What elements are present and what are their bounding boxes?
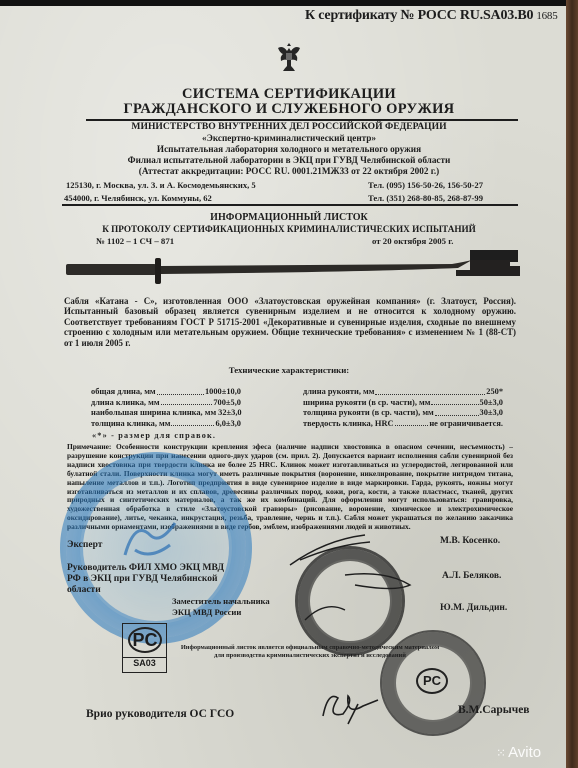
specs-left: общая длина, мм1000±10,0 длина клинка, м… [91,387,241,429]
lab-line: Испытательная лаборатория холодного и ме… [0,144,578,155]
katana-image [62,254,524,288]
avito-dots-icon: ⁙ [496,746,506,760]
double-headed-eagle-icon [272,40,306,74]
protocol-number: № 1102 – 1 СЧ – 871 [96,236,174,246]
spec-row: толщина клинка, мм6,0±3,0 [91,419,241,430]
certification-body-stamp: PC [380,630,486,736]
spec-row: ширина рукояти (в ср. части), мм50±3,0 [303,398,503,409]
spec-footnote: «*» - размер для справок. [92,431,216,440]
phone-chelyabinsk: Тел. (351) 268-80-85, 268-87-99 [368,193,483,203]
spec-row: общая длина, мм1000±10,0 [91,387,241,398]
address-chelyabinsk: 454000, г. Челябинск, ул. Коммуны, 62 [64,193,212,203]
address-moscow: 125130, г. Москва, ул. З. и А. Космодемь… [66,180,256,190]
info-sheet-title: ИНФОРМАЦИОННЫЙ ЛИСТОК [0,212,578,223]
address-divider [62,204,518,206]
system-title-line2: ГРАЖДАНСКОГО И СЛУЖЕБНОГО ОРУЖИЯ [0,101,578,118]
specs-title: Технические характеристики: [0,365,578,375]
stamp-monogram-icon [115,515,185,565]
avito-watermark: ⁙Avito [496,744,541,761]
certificate-reference: К сертификату № РОСС RU.SA03.B01685 [305,8,558,24]
deputy-role: Заместитель начальника ЭКЦ МВД России [172,596,272,618]
certificate-number: К сертификату № РОСС RU.SA03.B0 [305,8,533,23]
spec-row: толщина рукояти (в ср. части), мм30±3,0 [303,408,503,419]
center-line: «Экспертно-криминалистический центр» [0,133,578,144]
protocol-date: от 20 октября 2005 г. [372,236,453,246]
branch-line: Филиал испытательной лаборатории в ЭКЦ п… [0,155,578,166]
head-role: Руководитель ФИЛ ХМО ЭКЦ МВД РФ в ЭКЦ пр… [67,563,237,596]
product-description: Сабля «Катана - С», изготовленная ООО «З… [64,296,516,348]
spec-row: твердость клинка, HRCне ограничивается. [303,419,503,430]
acting-head-role: Врио руководителя ОС ГСО [86,708,234,720]
spec-row: наибольшая ширина клинка, мм32±3,0 [91,408,241,419]
spec-row: длина клинка, мм700±5,0 [91,398,241,409]
stamp-pc-logo: PC [416,668,448,694]
expert-name: М.В. Косенко. [440,536,500,546]
deputy-name: Ю.М. Дильдин. [440,603,507,613]
phone-moscow: Тел. (095) 156-50-26, 156-50-27 [368,180,483,190]
ministry-line: МИНИСТЕРСТВО ВНУТРЕННИХ ДЕЛ РОССИЙСКОЙ Ф… [0,122,578,133]
spec-row: длина рукояти, мм250* [303,387,503,398]
head-name: А.Л. Беляков. [442,571,501,581]
bottom-signature-icon [318,686,384,726]
acting-head-name: В.М.Сарычев [458,704,530,716]
expert-role: Эксперт [67,540,102,550]
certificate-number-suffix: 1685 [536,10,557,22]
info-sheet-subtitle: К ПРОТОКОЛУ СЕРТИФИКАЦИОННЫХ КРИМИНАЛИСТ… [0,224,578,234]
signature-scribble-icon [285,530,415,630]
accreditation-line: (Аттестат аккредитации: РОСС RU. 0001.21… [0,166,578,177]
specs-right: длина рукояти, мм250* ширина рукояти (в … [303,387,503,429]
